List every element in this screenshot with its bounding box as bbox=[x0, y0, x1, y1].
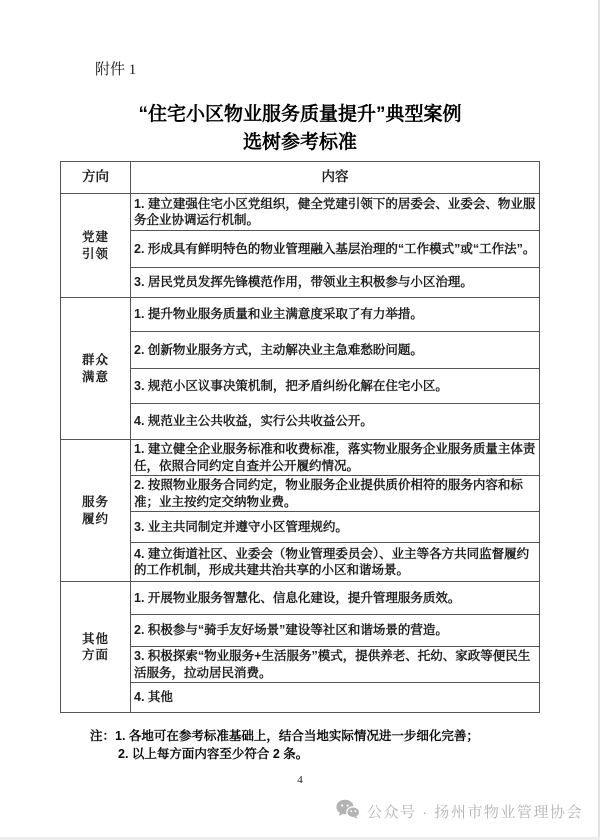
page-title-line1: “住宅小区物业服务质量提升”典型案例 bbox=[138, 104, 461, 125]
table-cell: 4. 建立街道社区、业委会（物业管理委员会）、业主等各方共同监督履约的工作机制，… bbox=[131, 543, 540, 582]
table-cell: 1. 建立健全企业服务标准和收费标准，落实物业服务企业服务质量主体责任，依照合同… bbox=[131, 440, 540, 476]
table-cell: 4. 其他 bbox=[131, 683, 540, 713]
footnote-line1: 注：1. 各地可在参考标准基础上，结合当地实际情况进一步细化完善； bbox=[90, 729, 530, 745]
table-row: 2. 创新物业服务方式，主动解决业主急难愁盼问题。 bbox=[61, 332, 540, 369]
table-cell: 1. 提升物业服务质量和业主满意度采取了有力举措。 bbox=[131, 298, 540, 332]
page-title: “住宅小区物业服务质量提升”典型案例 选树参考标准 bbox=[0, 101, 600, 157]
table-cell: 2. 形成具有鲜明特色的物业管理融入基层治理的“工作模式”或“工作法”。 bbox=[131, 231, 540, 268]
section-label-public-satisfaction: 群众 满意 bbox=[61, 298, 131, 440]
table-row: 4. 建立街道社区、业委会（物业管理委员会）、业主等各方共同监督履约的工作机制，… bbox=[61, 543, 540, 582]
table-row: 4. 规范业主公共收益，实行公共收益公开。 bbox=[61, 404, 540, 440]
table-cell: 1. 建立建强住宅小区党组织，健全党建引领下的居委会、业委会、物业服务企业协调运… bbox=[131, 194, 540, 231]
table-cell: 1. 开展物业服务智慧化、信息化建设，提升管理服务质效。 bbox=[131, 582, 540, 615]
watermark-text: 公众号 · 扬州市物业管理协会 bbox=[367, 801, 583, 822]
table-row: 服务 履约 1. 建立健全企业服务标准和收费标准，落实物业服务企业服务质量主体责… bbox=[61, 440, 540, 476]
document-page: 附件 1 “住宅小区物业服务质量提升”典型案例 选树参考标准 方向 内容 党建 … bbox=[0, 0, 600, 840]
table-row: 群众 满意 1. 提升物业服务质量和业主满意度采取了有力举措。 bbox=[61, 298, 540, 332]
table-row: 3. 积极探索“物业服务+生活服务”模式，提供养老、托幼、家政等便民生活服务，拉… bbox=[61, 647, 540, 683]
table-cell: 2. 积极参与“骑手友好场景”建设等社区和谐场景的营造。 bbox=[131, 615, 540, 647]
attachment-label: 附件 1 bbox=[95, 58, 136, 79]
table-row: 其他 方面 1. 开展物业服务智慧化、信息化建设，提升管理服务质效。 bbox=[61, 582, 540, 615]
table-cell: 4. 规范业主公共收益，实行公共收益公开。 bbox=[131, 404, 540, 440]
table-row: 3. 业主共同制定并遵守小区管理规约。 bbox=[61, 512, 540, 543]
table-row: 2. 按照物业服务合同约定，物业服务企业提供质价相符的服务内容和标准；业主按约定… bbox=[61, 476, 540, 512]
page-title-line2: 选树参考标准 bbox=[0, 129, 600, 157]
table-row: 3. 规范小区议事决策机制，把矛盾纠纷化解在住宅小区。 bbox=[61, 369, 540, 404]
table-row: 2. 形成具有鲜明特色的物业管理融入基层治理的“工作模式”或“工作法”。 bbox=[61, 231, 540, 268]
standards-table: 方向 内容 党建 引领 1. 建立建强住宅小区党组织，健全党建引领下的居委会、业… bbox=[60, 161, 540, 713]
table-row: 3. 居民党员发挥先锋模范作用，带领业主积极参与小区治理。 bbox=[61, 268, 540, 298]
table-row: 党建 引领 1. 建立建强住宅小区党组织，健全党建引领下的居委会、业委会、物业服… bbox=[61, 194, 540, 231]
footnote-block: 注：1. 各地可在参考标准基础上，结合当地实际情况进一步细化完善； 2. 以上每… bbox=[90, 729, 530, 762]
section-label-party-building: 党建 引领 bbox=[61, 194, 131, 298]
column-header-direction: 方向 bbox=[61, 162, 131, 194]
section-label-service-performance: 服务 履约 bbox=[61, 440, 131, 582]
table-cell: 3. 业主共同制定并遵守小区管理规约。 bbox=[131, 512, 540, 543]
footnote-line2: 2. 以上每方面内容至少符合 2 条。 bbox=[118, 747, 530, 763]
wechat-icon bbox=[336, 799, 360, 823]
watermark-footer: 公众号 · 扬州市物业管理协会 bbox=[336, 799, 583, 823]
table-row: 2. 积极参与“骑手友好场景”建设等社区和谐场景的营造。 bbox=[61, 615, 540, 647]
table-row: 4. 其他 bbox=[61, 683, 540, 713]
table-cell: 2. 按照物业服务合同约定，物业服务企业提供质价相符的服务内容和标准；业主按约定… bbox=[131, 476, 540, 512]
section-label-other-aspects: 其他 方面 bbox=[61, 582, 131, 713]
page-number: 4 bbox=[0, 774, 600, 786]
table-cell: 3. 居民党员发挥先锋模范作用，带领业主积极参与小区治理。 bbox=[131, 268, 540, 298]
table-cell: 2. 创新物业服务方式，主动解决业主急难愁盼问题。 bbox=[131, 332, 540, 369]
table-cell: 3. 积极探索“物业服务+生活服务”模式，提供养老、托幼、家政等便民生活服务，拉… bbox=[131, 647, 540, 683]
table-header-row: 方向 内容 bbox=[61, 162, 540, 194]
column-header-content: 内容 bbox=[131, 162, 540, 194]
table-cell: 3. 规范小区议事决策机制，把矛盾纠纷化解在住宅小区。 bbox=[131, 369, 540, 404]
